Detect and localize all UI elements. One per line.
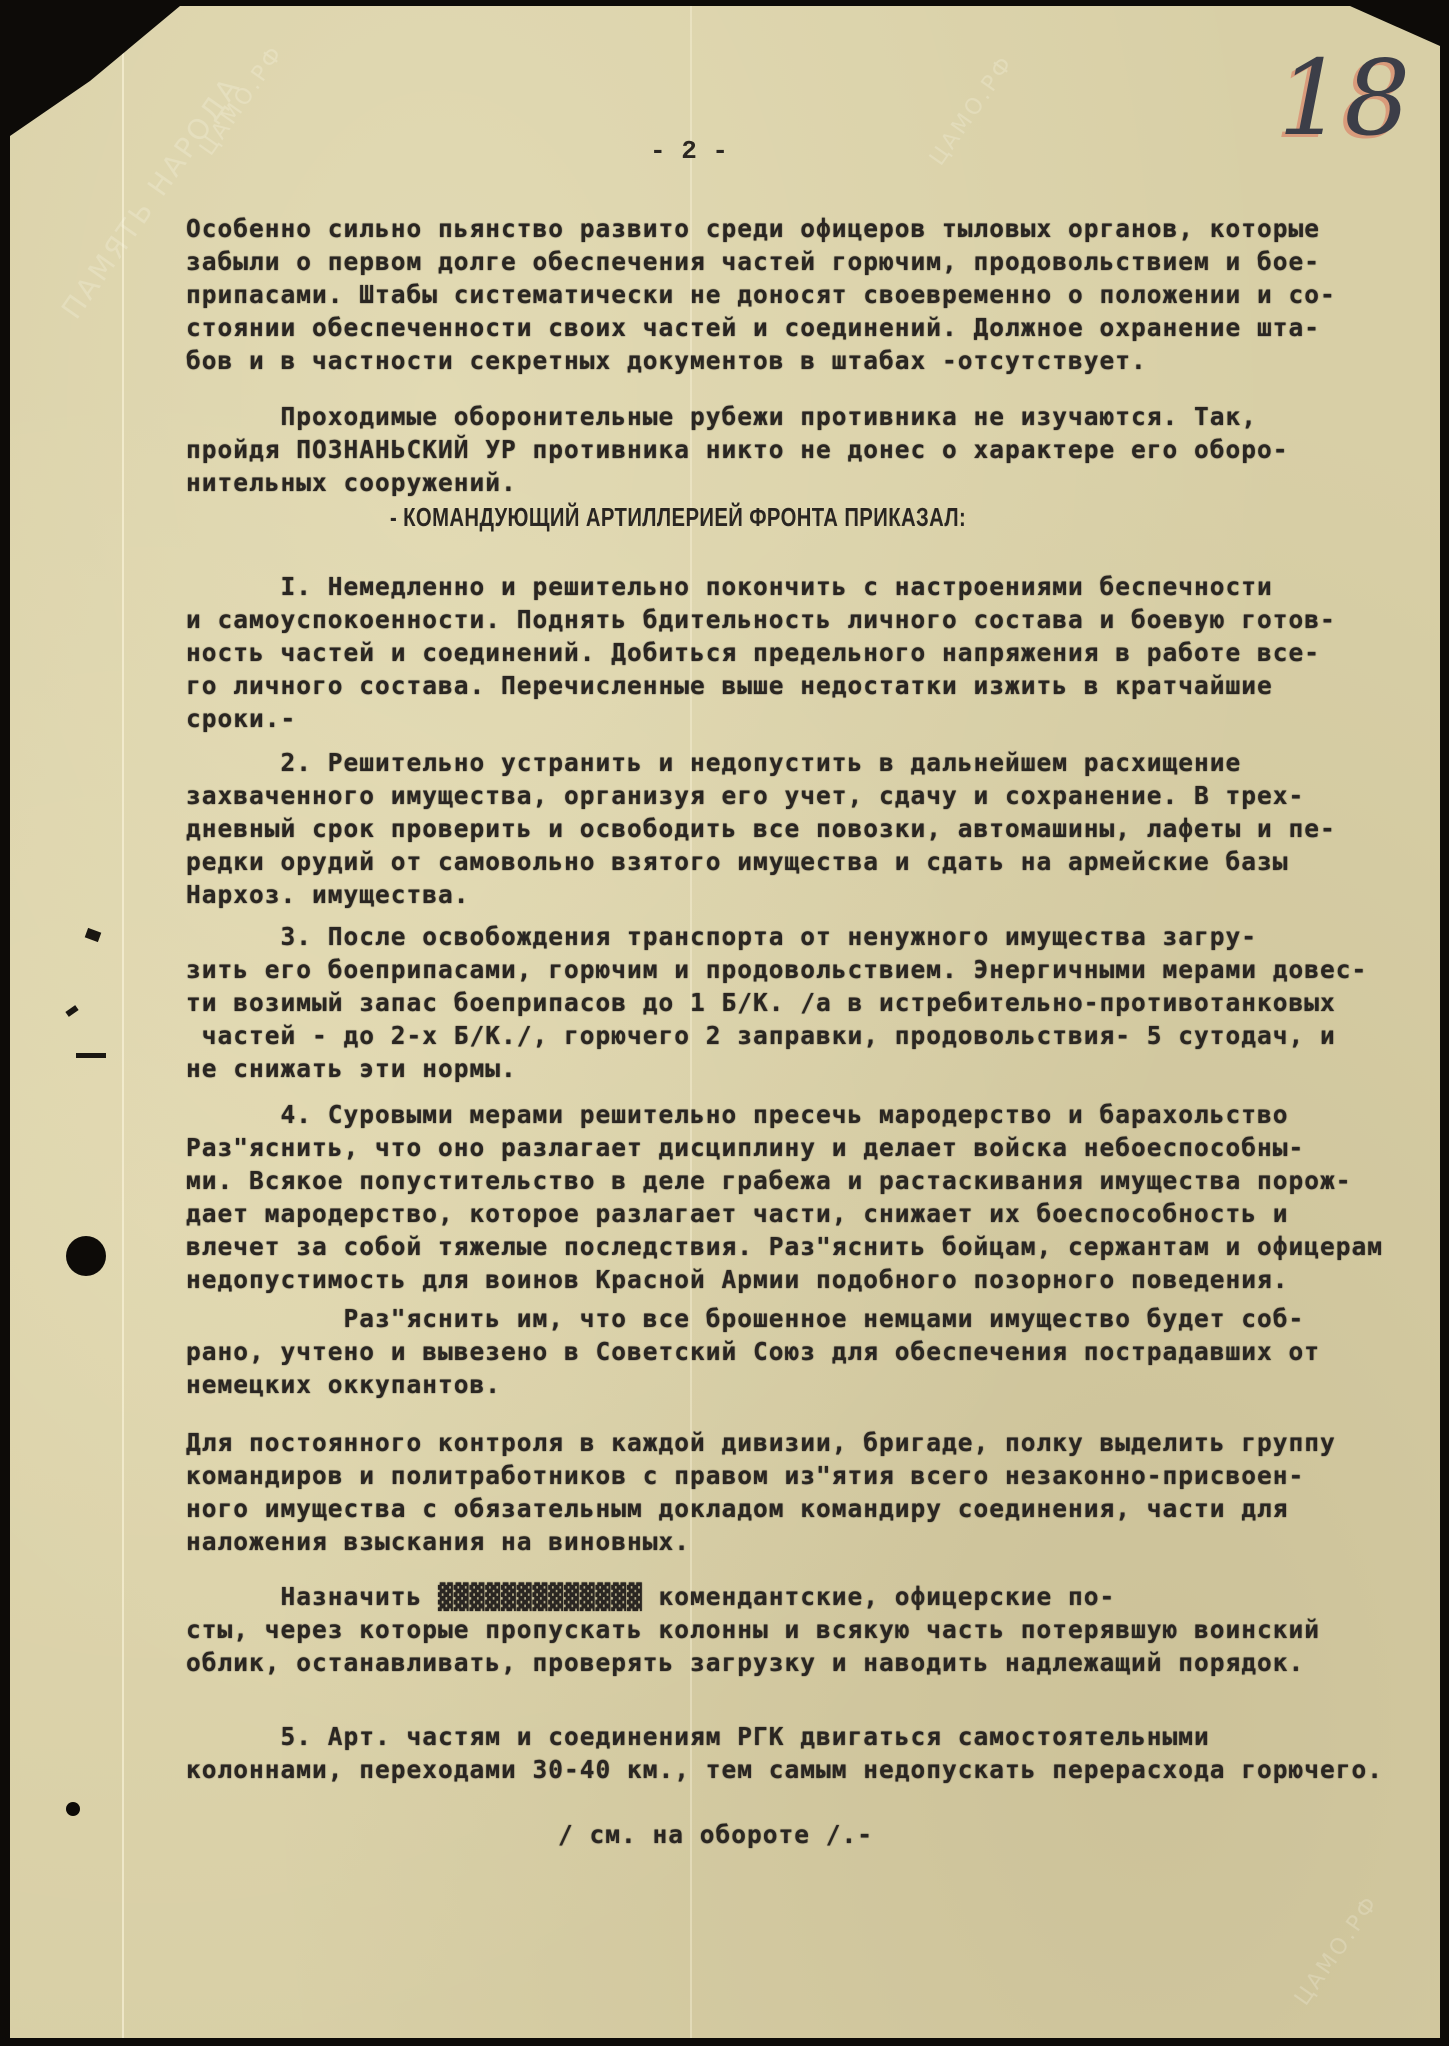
paragraph-defenses: Проходимые оборонительные рубежи противн… — [186, 400, 1446, 499]
archive-folio-number: 18 — [1278, 46, 1388, 156]
paper-damage — [85, 928, 102, 942]
paragraph-item-4-control: Для постоянного контроля в каждой дивизи… — [186, 1426, 1446, 1558]
footer-note: / см. на обороте /.- — [558, 1818, 958, 1851]
order-heading: - КОМАНДУЮЩИЙ АРТИЛЛЕРИЕЙ ФРОНТА ПРИКАЗА… — [390, 502, 966, 533]
paragraph-item-5: 5. Арт. частям и соединениям РГК двигать… — [186, 1720, 1446, 1786]
punch-hole-small — [66, 1802, 80, 1816]
paper-damage — [65, 1005, 78, 1017]
fold-line — [122, 6, 124, 2038]
page-number: - 2 - — [650, 136, 728, 166]
paragraph-intro: Особенно сильно пьянство развито среди о… — [186, 212, 1446, 377]
document-sheet: ПАМЯТЬ НАРОДА ЦАМО.РФ ЦАМО.РФ ЦАМО.РФ 18… — [10, 6, 1440, 2038]
watermark: ЦАМО.РФ — [925, 51, 1019, 171]
watermark: ЦАМО.РФ — [1290, 1891, 1384, 2011]
paragraph-item-4: 4. Суровыми мерами решительно пресечь ма… — [186, 1098, 1446, 1296]
paragraph-item-3: 3. После освобождения транспорта от нену… — [186, 920, 1446, 1085]
paragraph-item-2: 2. Решительно устранить и недопустить в … — [186, 746, 1446, 911]
punch-hole — [66, 1236, 106, 1276]
paragraph-item-4-posts: Назначить ▓▓▓▓▓▓▓▓▓▓▓▓▓ комендантские, о… — [186, 1580, 1446, 1679]
paragraph-item-1: I. Немедленно и решительно покончить с н… — [186, 570, 1446, 735]
paragraph-item-4-explain: Раз"яснить им, что все брошенное немцами… — [186, 1302, 1446, 1401]
paper-damage — [76, 1053, 106, 1058]
